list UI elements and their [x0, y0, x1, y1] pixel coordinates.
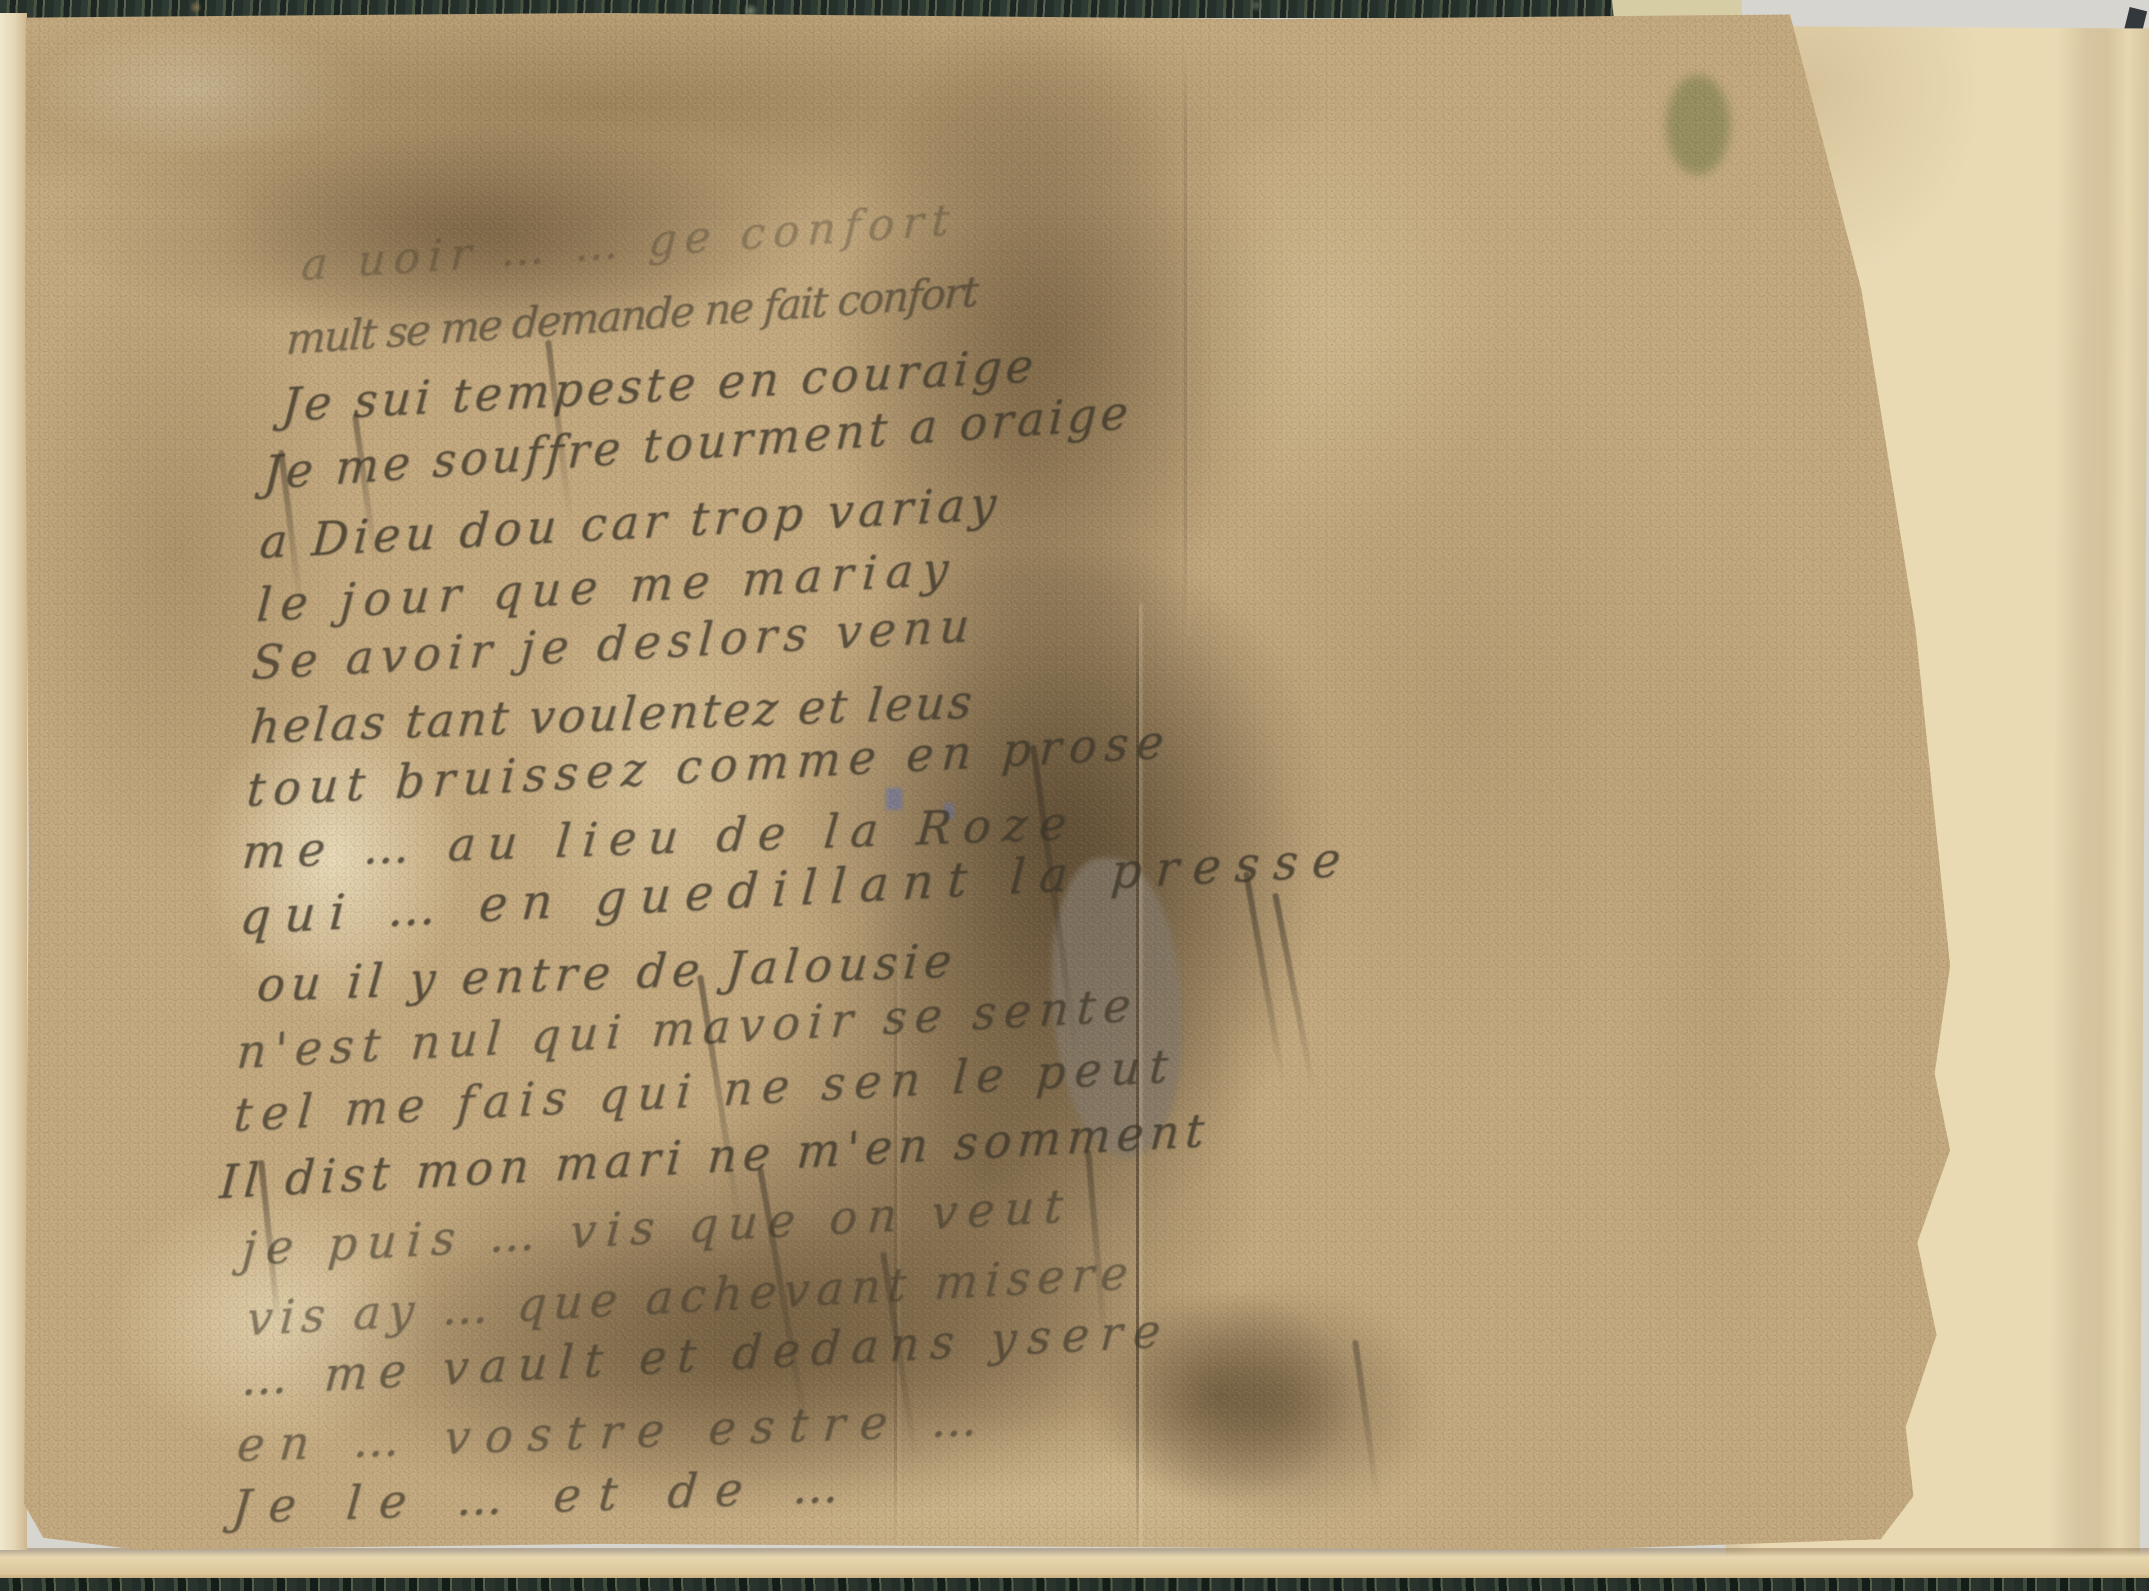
stain-bottom-band [384, 1123, 1104, 1493]
marbled-cover-bottom-edge [0, 1578, 2149, 1591]
vertical-crease [1136, 603, 1139, 1548]
vertical-crease [1184, 48, 1187, 638]
left-page-block-edge [0, 13, 27, 1550]
stain-upper-blotch [229, 128, 769, 348]
stain-bottom-right-blob [1129, 1288, 1429, 1518]
adhered-paper-fragment [1052, 858, 1182, 1158]
stain-upper-streak [829, 38, 1269, 638]
page-block-bottom-edge [0, 1548, 2149, 1578]
blue-pigment-speck [886, 788, 902, 810]
green-pigment-speck [1666, 75, 1730, 175]
stain-center-dark [794, 558, 1324, 1148]
manuscript-scan: a uoir … … ge confortmult se me demande … [0, 0, 2149, 1591]
manuscript-leaf [24, 13, 1952, 1550]
blue-pigment-speck [944, 803, 954, 819]
vertical-crease [894, 948, 897, 1553]
